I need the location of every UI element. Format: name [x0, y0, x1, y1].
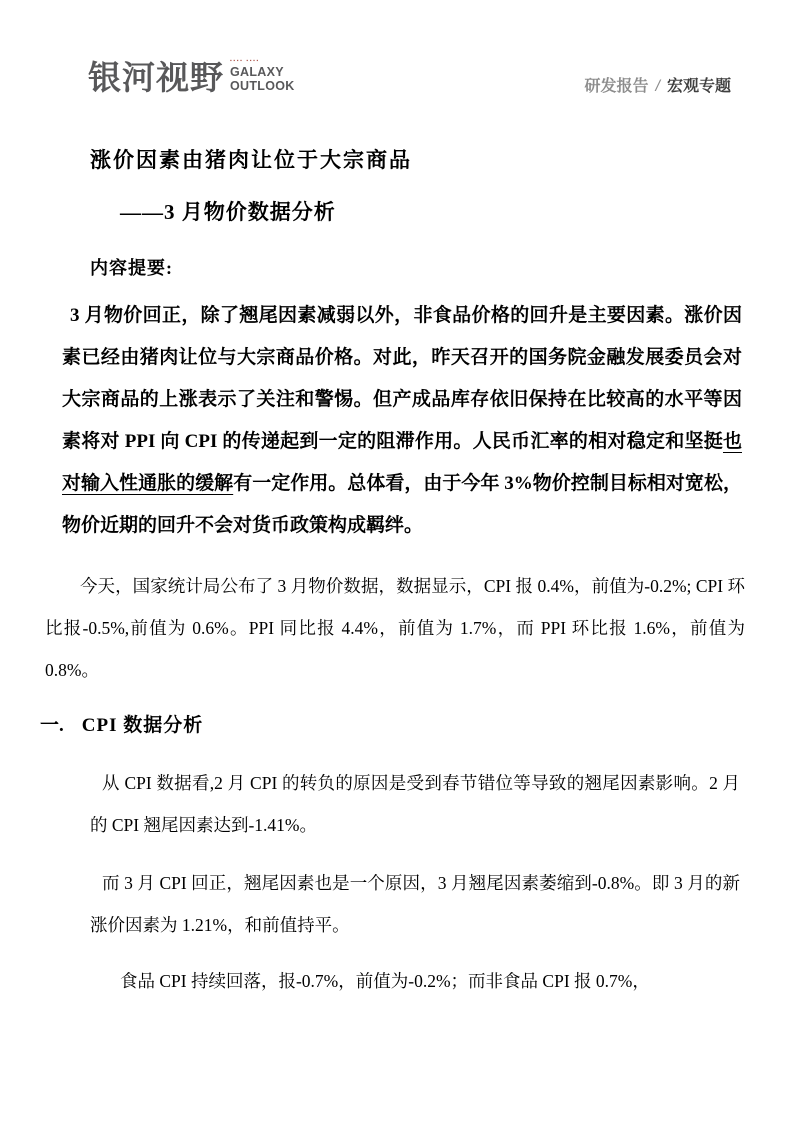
- logo-cn-wordmark: 银河视野: [88, 56, 224, 100]
- report-page: 银河视野 ▪▪▪▪ ▪▪▪▪ GALAXY OUTLOOK 研发报告/宏观专题 …: [0, 0, 793, 1122]
- summary-paragraph: 3 月物价回正，除了翘尾因素减弱以外，非食品价格的回升是主要因素。涨价因素已经由…: [62, 295, 742, 547]
- report-category-header: 研发报告/宏观专题: [585, 76, 731, 98]
- doc-type-label: 研发报告: [585, 78, 649, 95]
- category-separator: /: [656, 78, 660, 95]
- section1-paragraph-2: 而 3 月 CPI 回正，翘尾因素也是一个原因，3 月翘尾因素萎缩到-0.8%。…: [90, 862, 740, 946]
- brand-logo: 银河视野 ▪▪▪▪ ▪▪▪▪ GALAXY OUTLOOK: [88, 56, 295, 100]
- section1-paragraph-1: 从 CPI 数据看,2 月 CPI 的转负的原因是受到春节错位等导致的翘尾因素影…: [90, 762, 740, 846]
- abstract-label: 内容提要:: [90, 254, 173, 280]
- page-title: 涨价因素由猪肉让位于大宗商品: [90, 144, 412, 174]
- intro-paragraph: 今天，国家统计局公布了 3 月物价数据，数据显示，CPI 报 0.4%，前值为-…: [45, 565, 745, 691]
- page-subtitle: ——3 月物价数据分析: [120, 196, 336, 226]
- topic-label: 宏观专题: [667, 78, 731, 95]
- logo-tagline-red-text: ▪▪▪▪ ▪▪▪▪: [230, 58, 295, 65]
- section1-number: 一.: [40, 715, 64, 736]
- logo-en-line1: GALAXY: [230, 65, 295, 79]
- section1-title: CPI 数据分析: [82, 715, 203, 736]
- logo-en-block: ▪▪▪▪ ▪▪▪▪ GALAXY OUTLOOK: [230, 56, 295, 93]
- summary-part1: 3 月物价回正，除了翘尾因素减弱以外，非食品价格的回升是主要因素。涨价因素已经由…: [62, 305, 742, 452]
- logo-en-line2: OUTLOOK: [230, 79, 295, 93]
- section1-paragraph-3: 食品 CPI 持续回落，报-0.7%，前值为-0.2%；而非食品 CPI 报 0…: [90, 960, 740, 1002]
- section1-heading: 一.CPI 数据分析: [40, 710, 203, 737]
